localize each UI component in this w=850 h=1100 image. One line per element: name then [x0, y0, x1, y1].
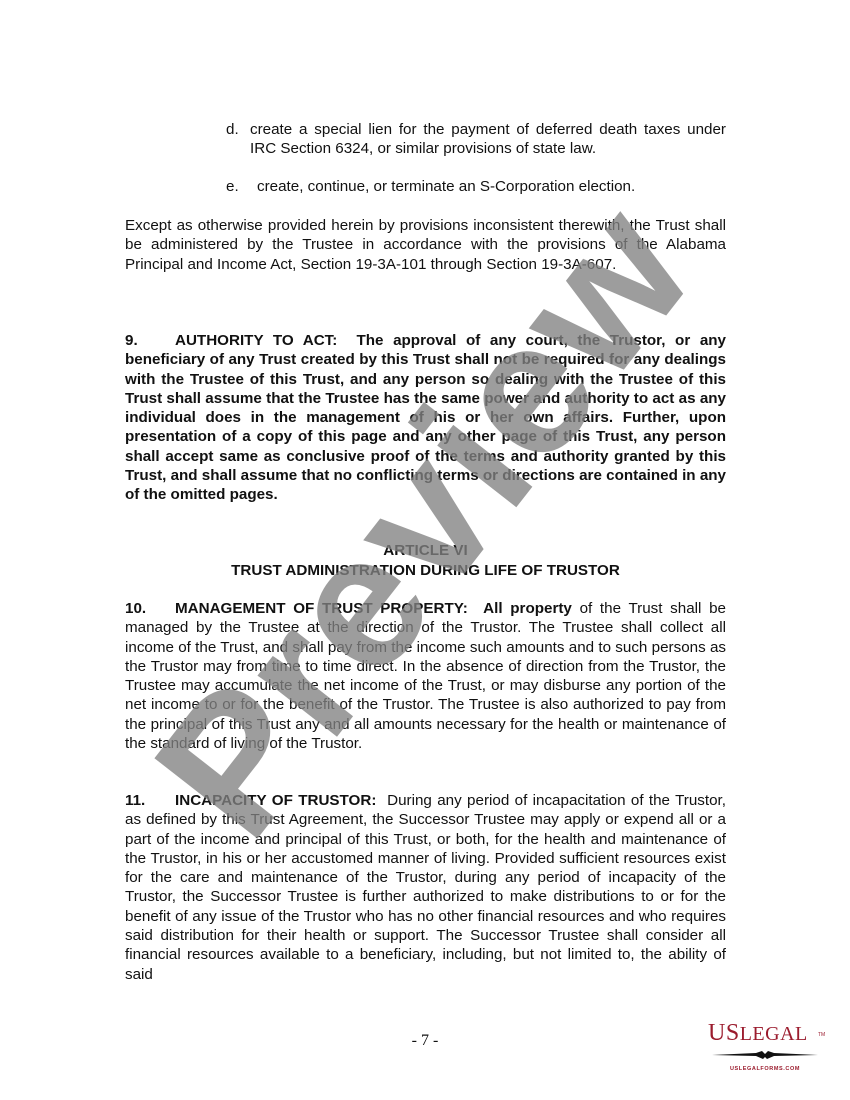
logo-brand: USLEGAL — [708, 1024, 808, 1044]
section-heading: MANAGEMENT OF TRUST PROPERTY: — [175, 600, 468, 617]
section-10: 10.MANAGEMENT OF TRUST PROPERTY: All pro… — [125, 599, 726, 753]
article-title: ARTICLE VI — [125, 541, 726, 560]
section-number: 9. — [125, 331, 175, 350]
preview-watermark: Preview — [131, 189, 708, 861]
eagle-wings-icon — [712, 1051, 818, 1059]
section-11: 11.INCAPACITY OF TRUSTOR: During any per… — [125, 791, 726, 984]
trademark-symbol: TM — [818, 1026, 825, 1045]
list-marker: e. — [226, 177, 239, 196]
except-paragraph: Except as otherwise provided herein by p… — [125, 216, 726, 274]
list-item-text: create a special lien for the payment of… — [250, 120, 726, 159]
section-text: During any period of incapacitation of t… — [125, 792, 726, 983]
bold-lead: All property — [483, 600, 572, 617]
section-9: 9.AUTHORITY TO ACT: The approval of any … — [125, 331, 726, 505]
section-text: of the Trust shall be managed by the Tru… — [125, 600, 726, 752]
list-marker: d. — [226, 120, 239, 139]
section-heading: INCAPACITY OF TRUSTOR: — [175, 792, 376, 809]
section-number: 10. — [125, 599, 175, 618]
document-page: d. create a special lien for the payment… — [0, 0, 850, 1100]
section-heading: AUTHORITY TO ACT: — [175, 332, 337, 349]
logo-website: USLEGALFORMS.COM — [706, 1060, 824, 1079]
section-number: 11. — [125, 791, 175, 810]
article-subtitle: TRUST ADMINISTRATION DURING LIFE OF TRUS… — [125, 561, 726, 580]
uslegal-logo[interactable]: USLEGAL TM USLEGALFORMS.COM — [706, 1024, 824, 1070]
section-text: The approval of any court, the Trustor, … — [125, 332, 726, 503]
list-item-text: create, continue, or terminate an S-Corp… — [257, 177, 733, 196]
